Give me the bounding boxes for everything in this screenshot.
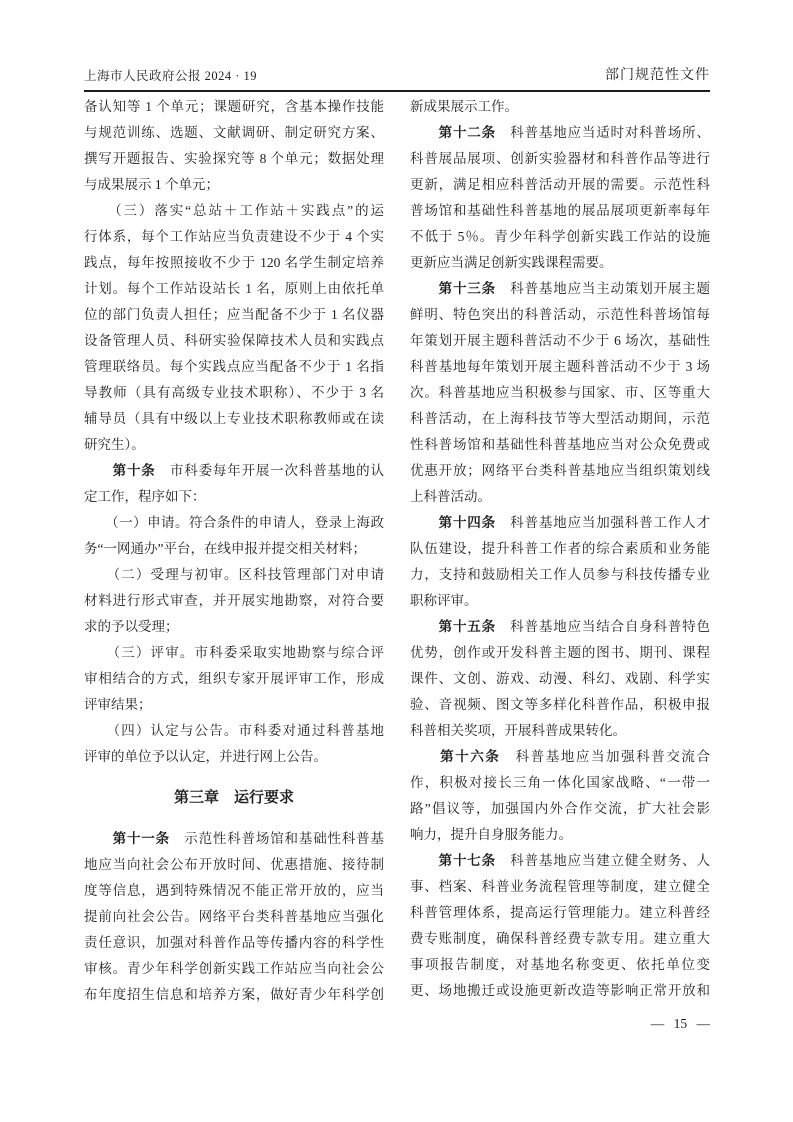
text-line: 第十七条 科普基地应当建立健全财务、人 bbox=[410, 848, 710, 874]
text-line: 事项报告制度，对基地名称变更、依托单位变 bbox=[410, 952, 710, 978]
text-line: 队伍建设，提升科普工作者的综合素质和业务能 bbox=[410, 536, 710, 562]
text-line: 审相结合的方式，组织专家开展评审工作，形成 bbox=[84, 666, 384, 692]
text-line: 行体系，每个工作站应当负责建设不少于 4 个实 bbox=[84, 224, 384, 250]
section-label: 部门规范性文件 bbox=[605, 64, 710, 84]
text-line: 更、场地搬迁或设施更新改造等影响正常开放和 bbox=[410, 978, 710, 1004]
text-line: 优势，创作或开发科普主题的图书、期刊、课程 bbox=[410, 640, 710, 666]
gazette-title: 上海市人民政府公报 2024 · 19 bbox=[84, 66, 257, 84]
text-line: 作，积极对接长三角一体化国家战略、“一带一 bbox=[410, 770, 710, 796]
text-line: 第十四条 科普基地应当加强科普工作人才 bbox=[410, 510, 710, 536]
text-line: 性科普场馆和基础性科普基地应当对公众免费或 bbox=[410, 432, 710, 458]
text-line: 第十一条 示范性科普场馆和基础性科普基 bbox=[84, 826, 384, 852]
text-line: （二）受理与初审。区科技管理部门对申请 bbox=[84, 562, 384, 588]
document-page: 上海市人民政府公报 2024 · 19 部门规范性文件 备认知等 1 个单元；课… bbox=[0, 0, 793, 1122]
text-line: 更新，满足相应科普活动开展的需要。示范性科 bbox=[410, 172, 710, 198]
text-line: 上科普活动。 bbox=[410, 484, 710, 510]
text-line: 材料进行形式审查，并开展实地勘察，对符合要 bbox=[84, 588, 384, 614]
text-line: （三）评审。市科委采取实地勘察与综合评 bbox=[84, 640, 384, 666]
text-line: 第十条 市科委每年开展一次科普基地的认 bbox=[84, 458, 384, 484]
text-line: 新成果展示工作。 bbox=[410, 94, 710, 120]
article-number: 第十三条 bbox=[410, 281, 496, 296]
text-line: （三）落实“总站＋工作站＋实践点”的运 bbox=[84, 198, 384, 224]
text-line: 定工作，程序如下： bbox=[84, 484, 384, 510]
page-number: — 15 — bbox=[651, 1016, 710, 1032]
text-line: 评审结果； bbox=[84, 692, 384, 718]
text-line: 与规范训练、选题、文献调研、制定研究方案、 bbox=[84, 120, 384, 146]
article-number: 第十一条 bbox=[84, 831, 170, 846]
text-line: 第十六条 科普基地应当加强科普交流合 bbox=[410, 744, 710, 770]
text-line: 第十三条 科普基地应当主动策划开展主题 bbox=[410, 276, 710, 302]
text-line: 第十五条 科普基地应当结合自身科普特色 bbox=[410, 614, 710, 640]
chapter-heading: 第三章 运行要求 bbox=[84, 785, 384, 811]
text-line: （四）认定与公告。市科委对通过科普基地 bbox=[84, 718, 384, 744]
article-number: 第十条 bbox=[84, 463, 156, 478]
text-line: 研究生）。 bbox=[84, 432, 384, 458]
text-line: 力，支持和鼓励相关工作人员参与科技传播专业 bbox=[410, 562, 710, 588]
text-line: 导教师（具有高级专业技术职称）、不少于 3 名 bbox=[84, 380, 384, 406]
text-line: 撰写开题报告、实验探究等 8 个单元；数据处理 bbox=[84, 146, 384, 172]
text-column-left: 备认知等 1 个单元；课题研究，含基本操作技能与规范训练、选题、文献调研、制定研… bbox=[84, 94, 384, 1008]
text-line: 求的予以受理； bbox=[84, 614, 384, 640]
text-line: 不低于 5％。青少年科学创新实践工作站的设施 bbox=[410, 224, 710, 250]
text-line: 课件、文创、游戏、动漫、科幻、戏剧、科学实 bbox=[410, 666, 710, 692]
text-line: 设备管理人员、科研实验保障技术人员和实践点 bbox=[84, 328, 384, 354]
header-divider bbox=[84, 90, 710, 92]
text-line: 辅导员（具有中级以上专业技术职称教师或在读 bbox=[84, 406, 384, 432]
text-line: （一）申请。符合条件的申请人，登录上海政 bbox=[84, 510, 384, 536]
text-line: 费专账制度，确保科普经费专款专用。建立重大 bbox=[410, 926, 710, 952]
text-line: 与成果展示 1 个单元； bbox=[84, 172, 384, 198]
text-line: 验、音视频、图文等多样化科普作品，积极申报 bbox=[410, 692, 710, 718]
text-line: 优惠开放；网络平台类科普基地应当组织策划线 bbox=[410, 458, 710, 484]
text-line: 年策划开展主题科普活动不少于 6 场次，基础性 bbox=[410, 328, 710, 354]
text-line: 管理联络员。每个实践点应当配备不少于 1 名指 bbox=[84, 354, 384, 380]
text-line: 践点，每年按照接收不少于 120 名学生制定培养 bbox=[84, 250, 384, 276]
article-number: 第十二条 bbox=[410, 125, 496, 140]
text-line: 布年度招生信息和培养方案，做好青少年科学创 bbox=[84, 982, 384, 1008]
text-line: 地应当向社会公布开放时间、优惠措施、接待制 bbox=[84, 852, 384, 878]
text-line: 响力，提升自身服务能力。 bbox=[410, 822, 710, 848]
text-line: 位的部门负责人担任；应当配备不少于 1 名仪器 bbox=[84, 302, 384, 328]
text-line: 度等信息，遇到特殊情况不能正常开放的，应当 bbox=[84, 878, 384, 904]
text-line: 科普相关奖项，开展科普成果转化。 bbox=[410, 718, 710, 744]
text-line: 职称评审。 bbox=[410, 588, 710, 614]
text-line: 事、档案、科普业务流程管理等制度，建立健全 bbox=[410, 874, 710, 900]
text-line: 科普管理体系，提高运行管理能力。建立科普经 bbox=[410, 900, 710, 926]
text-line: 审核。青少年科学创新实践工作站应当向社会公 bbox=[84, 956, 384, 982]
article-number: 第十六条 bbox=[410, 749, 500, 764]
text-line: 计划。每个工作站设站长 1 名，原则上由依托单 bbox=[84, 276, 384, 302]
text-line: 普场馆和基础性科普基地的展品展项更新率每年 bbox=[410, 198, 710, 224]
text-line: 评审的单位予以认定，并进行网上公告。 bbox=[84, 744, 384, 770]
text-line: 科普活动，在上海科技节等大型活动期间，示范 bbox=[410, 406, 710, 432]
text-line: 科普基地每年策划开展主题科普活动不少于 3 场 bbox=[410, 354, 710, 380]
text-line: 科普展品展项、创新实验器材和科普作品等进行 bbox=[410, 146, 710, 172]
text-line: 鲜明、特色突出的科普活动，示范性科普场馆每 bbox=[410, 302, 710, 328]
text-line: 更新应当满足创新实践课程需要。 bbox=[410, 250, 710, 276]
text-line: 务“一网通办”平台，在线申报并提交相关材料； bbox=[84, 536, 384, 562]
text-line: 第十二条 科普基地应当适时对科普场所、 bbox=[410, 120, 710, 146]
text-line: 次。科普基地应当积极参与国家、市、区等重大 bbox=[410, 380, 710, 406]
article-number: 第十四条 bbox=[410, 515, 496, 530]
article-number: 第十五条 bbox=[410, 619, 496, 634]
text-line: 备认知等 1 个单元；课题研究，含基本操作技能 bbox=[84, 94, 384, 120]
text-line: 责任意识，加强对科普作品等传播内容的科学性 bbox=[84, 930, 384, 956]
text-line: 提前向社会公告。网络平台类科普基地应当强化 bbox=[84, 904, 384, 930]
text-line: 路”倡议等，加强国内外合作交流，扩大社会影 bbox=[410, 796, 710, 822]
text-column-right: 新成果展示工作。 第十二条 科普基地应当适时对科普场所、科普展品展项、创新实验器… bbox=[410, 94, 710, 1004]
article-number: 第十七条 bbox=[410, 853, 496, 868]
